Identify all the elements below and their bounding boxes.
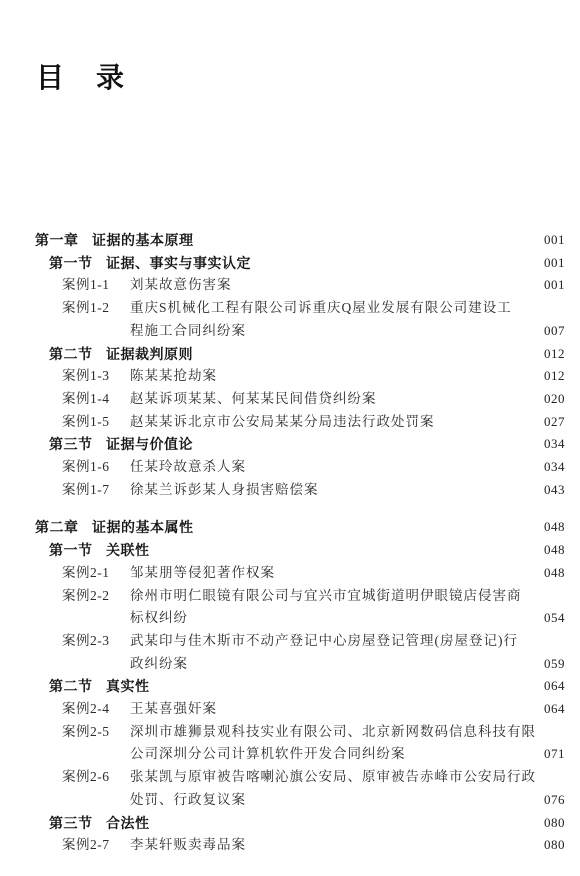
entry-label: 第一节: [49, 539, 106, 562]
entry-body: 证据、事实与事实认定001: [106, 252, 565, 275]
entry-label: 案例1-1: [62, 274, 130, 297]
entry-line: 证据的基本属性048: [92, 516, 565, 539]
page-number: 020: [534, 388, 565, 411]
page-number: 048: [534, 539, 565, 562]
entry-title: 政纠纷案: [130, 653, 188, 676]
chapter-entry: 第二章证据的基本属性048: [35, 516, 565, 539]
entry-label: 第二节: [49, 675, 106, 698]
entry-title: 深圳市雄狮景观科技实业有限公司、北京新网数码信息科技有限: [130, 721, 536, 744]
entry-title: 武某印与佳木斯市不动产登记中心房屋登记管理(房屋登记)行: [130, 630, 518, 653]
page-number: 064: [534, 675, 565, 698]
page-number: 080: [534, 834, 565, 857]
entry-line: 证据裁判原则012: [106, 343, 565, 366]
case-entry: 案例2-6张某凯与原审被告喀喇沁旗公安局、原审被告赤峰市公安局行政处罚、行政复议…: [35, 766, 565, 811]
case-entry: 案例1-1刘某故意伤害案001: [35, 274, 565, 297]
entry-line: 重庆S机械化工程有限公司诉重庆Q屋业发展有限公司建设工: [130, 297, 565, 320]
page-number: 048: [534, 516, 565, 539]
entry-body: 徐某兰诉彭某人身损害赔偿案043: [130, 479, 565, 502]
entry-line: 邹某朋等侵犯著作权案048: [130, 562, 565, 585]
page-number: 064: [534, 698, 565, 721]
entry-label: 案例2-1: [62, 562, 130, 585]
entry-body: 陈某某抢劫案012: [130, 365, 565, 388]
entry-title: 王某喜强奸案: [130, 698, 217, 721]
case-entry: 案例1-3陈某某抢劫案012: [35, 365, 565, 388]
section-entry: 第三节合法性080: [35, 812, 565, 835]
entry-line: 任某玲故意杀人案034: [130, 456, 565, 479]
entry-line: 李某轩贩卖毒品案080: [130, 834, 565, 857]
entry-line: 真实性064: [106, 675, 565, 698]
entry-title: 任某玲故意杀人案: [130, 456, 246, 479]
page-number: 034: [534, 456, 565, 479]
entry-label: 第二章: [35, 516, 92, 539]
entry-label: 案例2-2: [62, 585, 130, 630]
entry-body: 深圳市雄狮景观科技实业有限公司、北京新网数码信息科技有限公司深圳分公司计算机软件…: [130, 721, 565, 766]
entry-title: 程施工合同纠纷案: [130, 320, 246, 343]
case-entry: 案例2-7李某轩贩卖毒品案080: [35, 834, 565, 857]
chapter-entry: 第一章证据的基本原理001: [35, 229, 565, 252]
section-entry: 第一节证据、事实与事实认定001: [35, 252, 565, 275]
entry-title: 刘某故意伤害案: [130, 274, 232, 297]
entry-label: 案例1-6: [62, 456, 130, 479]
entry-title: 真实性: [106, 675, 150, 698]
case-entry: 案例1-5赵某某诉北京市公安局某某分局违法行政处罚案027: [35, 411, 565, 434]
entry-body: 武某印与佳木斯市不动产登记中心房屋登记管理(房屋登记)行政纠纷案059: [130, 630, 565, 675]
entry-title: 合法性: [106, 812, 150, 835]
case-entry: 案例1-7徐某兰诉彭某人身损害赔偿案043: [35, 479, 565, 502]
entry-line: 证据与价值论034: [106, 433, 565, 456]
entry-line: 标权纠纷054: [130, 607, 565, 630]
entry-title: 公司深圳分公司计算机软件开发合同纠纷案: [130, 743, 406, 766]
section-entry: 第二节证据裁判原则012: [35, 343, 565, 366]
entry-title: 证据的基本原理: [92, 229, 194, 252]
entry-body: 李某轩贩卖毒品案080: [130, 834, 565, 857]
entry-label: 第三节: [49, 812, 106, 835]
page-number: 007: [534, 320, 565, 343]
entry-line: 张某凯与原审被告喀喇沁旗公安局、原审被告赤峰市公安局行政: [130, 766, 565, 789]
page-number: 001: [534, 274, 565, 297]
entry-title: 张某凯与原审被告喀喇沁旗公安局、原审被告赤峰市公安局行政: [130, 766, 536, 789]
entry-body: 证据的基本原理001: [92, 229, 565, 252]
entry-title: 赵某诉项某某、何某某民间借贷纠纷案: [130, 388, 377, 411]
case-entry: 案例1-2重庆S机械化工程有限公司诉重庆Q屋业发展有限公司建设工程施工合同纠纷案…: [35, 297, 565, 342]
entry-body: 任某玲故意杀人案034: [130, 456, 565, 479]
entry-body: 徐州市明仁眼镜有限公司与宜兴市宜城街道明伊眼镜店侵害商标权纠纷054: [130, 585, 565, 630]
entry-line: 政纠纷案059: [130, 653, 565, 676]
entry-line: 徐某兰诉彭某人身损害赔偿案043: [130, 479, 565, 502]
entry-body: 重庆S机械化工程有限公司诉重庆Q屋业发展有限公司建设工程施工合同纠纷案007: [130, 297, 565, 342]
chapter-block: 第一章证据的基本原理001第一节证据、事实与事实认定001案例1-1刘某故意伤害…: [35, 229, 565, 501]
entry-line: 关联性048: [106, 539, 565, 562]
page-number: 012: [534, 365, 565, 388]
entry-body: 赵某某诉北京市公安局某某分局违法行政处罚案027: [130, 411, 565, 434]
entry-label: 案例1-4: [62, 388, 130, 411]
entry-label: 第一节: [49, 252, 106, 275]
case-entry: 案例1-4赵某诉项某某、何某某民间借贷纠纷案020: [35, 388, 565, 411]
entry-body: 关联性048: [106, 539, 565, 562]
case-entry: 案例2-1邹某朋等侵犯著作权案048: [35, 562, 565, 585]
entry-line: 公司深圳分公司计算机软件开发合同纠纷案071: [130, 743, 565, 766]
entry-title: 邹某朋等侵犯著作权案: [130, 562, 275, 585]
entry-title: 赵某某诉北京市公安局某某分局违法行政处罚案: [130, 411, 435, 434]
page-number: 034: [534, 433, 565, 456]
entry-body: 真实性064: [106, 675, 565, 698]
entry-body: 证据与价值论034: [106, 433, 565, 456]
entry-title: 标权纠纷: [130, 607, 188, 630]
entry-label: 案例1-3: [62, 365, 130, 388]
entry-title: 徐州市明仁眼镜有限公司与宜兴市宜城街道明伊眼镜店侵害商: [130, 585, 522, 608]
entry-body: 合法性080: [106, 812, 565, 835]
entry-title: 徐某兰诉彭某人身损害赔偿案: [130, 479, 319, 502]
entry-line: 武某印与佳木斯市不动产登记中心房屋登记管理(房屋登记)行: [130, 630, 565, 653]
page-number: 048: [534, 562, 565, 585]
entry-line: 赵某诉项某某、何某某民间借贷纠纷案020: [130, 388, 565, 411]
entry-title: 证据的基本属性: [92, 516, 194, 539]
entry-body: 张某凯与原审被告喀喇沁旗公安局、原审被告赤峰市公安局行政处罚、行政复议案076: [130, 766, 565, 811]
chapter-block: 第二章证据的基本属性048第一节关联性048案例2-1邹某朋等侵犯著作权案048…: [35, 516, 565, 857]
section-entry: 第二节真实性064: [35, 675, 565, 698]
entry-label: 第二节: [49, 343, 106, 366]
entry-title: 陈某某抢劫案: [130, 365, 217, 388]
entry-line: 证据的基本原理001: [92, 229, 565, 252]
entry-title: 证据、事实与事实认定: [106, 252, 251, 275]
entry-title: 证据裁判原则: [106, 343, 193, 366]
toc: 第一章证据的基本原理001第一节证据、事实与事实认定001案例1-1刘某故意伤害…: [35, 229, 565, 857]
page-title: 目 录: [36, 56, 126, 96]
entry-line: 处罚、行政复议案076: [130, 789, 565, 812]
entry-label: 案例2-4: [62, 698, 130, 721]
entry-label: 案例1-5: [62, 411, 130, 434]
page-number: 027: [534, 411, 565, 434]
entry-label: 案例1-2: [62, 297, 130, 342]
entry-title: 处罚、行政复议案: [130, 789, 246, 812]
section-entry: 第一节关联性048: [35, 539, 565, 562]
page-number: 012: [534, 343, 565, 366]
entry-line: 徐州市明仁眼镜有限公司与宜兴市宜城街道明伊眼镜店侵害商: [130, 585, 565, 608]
page-number: 001: [534, 252, 565, 275]
entry-body: 证据的基本属性048: [92, 516, 565, 539]
entry-line: 刘某故意伤害案001: [130, 274, 565, 297]
entry-body: 赵某诉项某某、何某某民间借贷纠纷案020: [130, 388, 565, 411]
case-entry: 案例1-6任某玲故意杀人案034: [35, 456, 565, 479]
entry-body: 证据裁判原则012: [106, 343, 565, 366]
section-entry: 第三节证据与价值论034: [35, 433, 565, 456]
page-number: 043: [534, 479, 565, 502]
entry-title: 关联性: [106, 539, 150, 562]
entry-title: 证据与价值论: [106, 433, 193, 456]
entry-line: 合法性080: [106, 812, 565, 835]
entry-label: 案例2-7: [62, 834, 130, 857]
entry-line: 陈某某抢劫案012: [130, 365, 565, 388]
entry-label: 案例2-3: [62, 630, 130, 675]
entry-label: 案例1-7: [62, 479, 130, 502]
case-entry: 案例2-4王某喜强奸案064: [35, 698, 565, 721]
entry-line: 程施工合同纠纷案007: [130, 320, 565, 343]
entry-line: 赵某某诉北京市公安局某某分局违法行政处罚案027: [130, 411, 565, 434]
document-page: 目 录 第一章证据的基本原理001第一节证据、事实与事实认定001案例1-1刘某…: [0, 0, 580, 876]
entry-line: 证据、事实与事实认定001: [106, 252, 565, 275]
entry-label: 案例2-6: [62, 766, 130, 811]
entry-title: 重庆S机械化工程有限公司诉重庆Q屋业发展有限公司建设工: [130, 297, 512, 320]
page-number: 054: [534, 607, 565, 630]
page-number: 076: [534, 789, 565, 812]
case-entry: 案例2-3武某印与佳木斯市不动产登记中心房屋登记管理(房屋登记)行政纠纷案059: [35, 630, 565, 675]
case-entry: 案例2-2徐州市明仁眼镜有限公司与宜兴市宜城街道明伊眼镜店侵害商标权纠纷054: [35, 585, 565, 630]
page-number: 080: [534, 812, 565, 835]
entry-line: 深圳市雄狮景观科技实业有限公司、北京新网数码信息科技有限: [130, 721, 565, 744]
entry-body: 刘某故意伤害案001: [130, 274, 565, 297]
page-number: 059: [534, 653, 565, 676]
entry-label: 案例2-5: [62, 721, 130, 766]
entry-body: 邹某朋等侵犯著作权案048: [130, 562, 565, 585]
case-entry: 案例2-5深圳市雄狮景观科技实业有限公司、北京新网数码信息科技有限公司深圳分公司…: [35, 721, 565, 766]
entry-body: 王某喜强奸案064: [130, 698, 565, 721]
entry-label: 第一章: [35, 229, 92, 252]
page-number: 001: [534, 229, 565, 252]
entry-label: 第三节: [49, 433, 106, 456]
entry-title: 李某轩贩卖毒品案: [130, 834, 246, 857]
entry-line: 王某喜强奸案064: [130, 698, 565, 721]
page-number: 071: [534, 743, 565, 766]
